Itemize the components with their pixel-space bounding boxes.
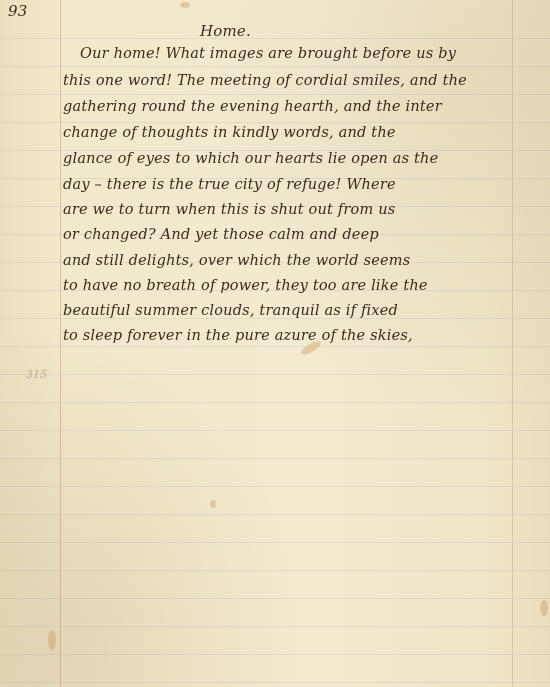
- text-line: day – there is the true city of refuge! …: [63, 177, 396, 193]
- text-line: Our home! What images are brought before…: [80, 46, 456, 62]
- pencil-mark: 315: [26, 368, 47, 381]
- ruled-line: [0, 598, 550, 599]
- text-line: and still delights, over which the world…: [63, 253, 410, 269]
- ruled-line: [0, 458, 550, 459]
- ruled-line: [0, 682, 550, 683]
- paper-stain: [540, 600, 548, 616]
- ruled-line: [0, 486, 550, 487]
- ruled-line: [0, 542, 550, 543]
- entry-title-home: Home.: [200, 22, 251, 40]
- text-line: this one word! The meeting of cordial sm…: [63, 73, 467, 89]
- ruled-line: [0, 346, 550, 347]
- ruled-line: [0, 38, 550, 39]
- ruled-line: [0, 430, 550, 431]
- ruled-line: [0, 514, 550, 515]
- text-line: beautiful summer clouds, tranquil as if …: [63, 303, 398, 319]
- text-line: to have no breath of power, they too are…: [63, 278, 428, 294]
- ruled-line: [0, 654, 550, 655]
- ruled-line: [0, 66, 550, 67]
- paper-stain: [48, 630, 56, 650]
- right-margin-rule: [512, 0, 513, 687]
- ruled-line: [0, 94, 550, 95]
- page-number: 93: [8, 2, 28, 20]
- text-line: to sleep forever in the pure azure of th…: [63, 328, 413, 344]
- text-line: or changed? And yet those calm and deep: [63, 227, 379, 243]
- paper-stain: [210, 500, 216, 508]
- ruled-line: [0, 122, 550, 123]
- ruled-line: [0, 626, 550, 627]
- text-line: change of thoughts in kindly words, and …: [63, 125, 396, 141]
- paper-stain: [180, 2, 190, 8]
- manuscript-page: 93 315 Home. Our home! What images are b…: [0, 0, 550, 687]
- left-margin-rule: [60, 0, 61, 687]
- ruled-line: [0, 374, 550, 375]
- ruled-line: [0, 402, 550, 403]
- text-line: gathering round the evening hearth, and …: [63, 99, 442, 115]
- ruled-line: [0, 570, 550, 571]
- text-line: are we to turn when this is shut out fro…: [63, 202, 395, 218]
- text-line: glance of eyes to which our hearts lie o…: [63, 151, 438, 167]
